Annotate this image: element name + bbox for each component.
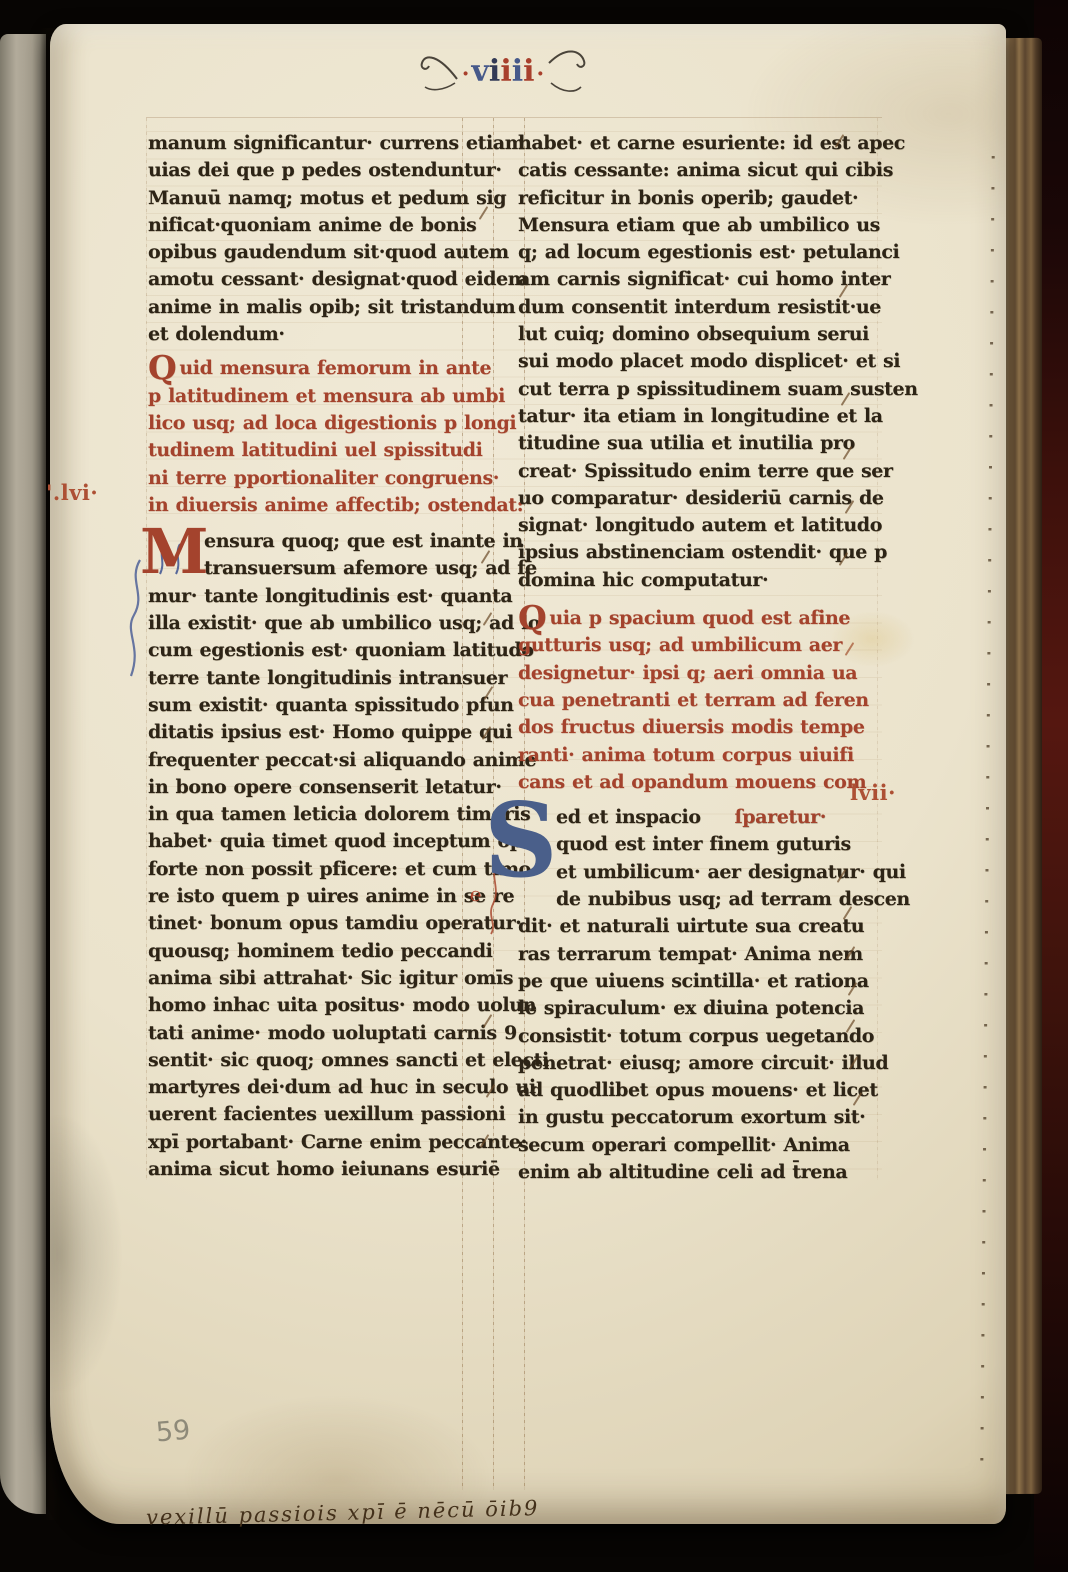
illuminated-initial-M: M <box>140 522 209 582</box>
text-line: ipsius abstinenciam ostendit· que p <box>518 539 878 566</box>
text-line: creat· Spissitudo enim terre que ser <box>518 458 878 485</box>
text-line: catis cessante: anima sicut qui cibis <box>518 157 878 184</box>
header-dot: · <box>537 61 545 87</box>
text-line: manum significantur· currens etiam <box>148 130 492 157</box>
text-line: anime in malis opib; sit tristandum <box>148 294 492 321</box>
text-line: habet· quia timet quod inceptum op9 <box>148 828 492 855</box>
text-line: cans et ad opandum mouens com <box>518 769 878 796</box>
text-line: gutturis usq; ad umbilicum aer <box>518 632 878 659</box>
text-line: in qua tamen leticia dolorem timoris <box>148 801 492 828</box>
text-line: ras terrarum tempat· Anima nem <box>518 941 878 968</box>
text-line: domina hic computatur· <box>518 567 878 594</box>
header-numeral: ·viiii· <box>408 44 598 98</box>
text-line: in bono opere consenserit letatur· <box>148 774 492 801</box>
text-line: le spiraculum· ex diuina potencia <box>518 995 878 1022</box>
ruling-line <box>146 117 882 118</box>
text-line: et dolendum· <box>148 321 492 348</box>
text-line: ad quodlibet opus mouens· et licet <box>518 1077 878 1104</box>
header-letter: i <box>500 54 511 89</box>
header-letter: v <box>471 54 488 89</box>
text-line: re isto quem p uires anime in se re <box>148 883 492 910</box>
text-line: lico usq; ad loca digestionis p longi <box>148 410 492 437</box>
text-line: cum egestionis est· quoniam latitudo <box>148 637 492 664</box>
header-flourish-left <box>419 49 459 93</box>
text-line: Manuū namq; motus et pedum sig <box>148 185 492 212</box>
text-line: enim ab altitudine celi ad t̄rena <box>518 1159 878 1186</box>
text-section: Quid mensura femorum in antep latitudine… <box>148 355 492 519</box>
text-line: ranti· anima totum corpus uiuifi <box>518 742 878 769</box>
text-column-right: habet· et carne esuriente: id est apecca… <box>518 130 878 1186</box>
text-line: penetrat· eiusq; amore circuit· illud <box>518 1050 878 1077</box>
illuminated-initial-Q: Q <box>518 613 546 623</box>
text-line: illa existit· que ab umbilico usq; ad lo <box>148 610 492 637</box>
text-line: Mensura etiam que ab umbilico us <box>518 212 878 239</box>
margin-note-lvi: '.lvi· <box>46 480 98 505</box>
header-dot: · <box>462 61 470 87</box>
text-line: consistit· totum corpus uegetando <box>518 1023 878 1050</box>
text-line: tinet· bonum opus tamdiu operatur· <box>148 910 492 937</box>
text-line: pe que uiuens scintilla· et rationa <box>518 968 878 995</box>
text-line: et umbilicum· aer designatur· qui <box>518 859 878 886</box>
text-line: ni terre pportionaliter congruens· <box>148 465 492 492</box>
text-line: lut cuiq; domino obsequium serui <box>518 321 878 348</box>
text-section: habet· et carne esuriente: id est apecca… <box>518 130 878 594</box>
text-line: uerent facientes uexillum passioni <box>148 1101 492 1128</box>
text-line: ed et inspacioſparetur· <box>518 804 878 831</box>
illuminated-initial-S: S <box>484 792 558 890</box>
header-letters: ·viiii· <box>460 54 546 89</box>
text-line: quod est inter finem guturis <box>518 831 878 858</box>
folio-number: 59 <box>155 1415 192 1449</box>
text-line: Quia p spacium quod est afine <box>518 605 878 632</box>
text-line: quousq; hominem tedio peccandi <box>148 938 492 965</box>
text-line: signat· longitudo autem et latitudo <box>518 512 878 539</box>
text-line: martyres dei·dum ad huc in seculo ui <box>148 1074 492 1101</box>
text-line: dit· et naturali uirtute sua creatu <box>518 913 878 940</box>
text-line: sui modo placet modo displicet· et si <box>518 348 878 375</box>
text-line: homo inhac uita positus· modo uolun <box>148 992 492 1019</box>
manuscript-photo: ·viiii· manum significantur· currens eti… <box>0 0 1068 1572</box>
text-line: ditatis ipsius est· Homo quippe qui <box>148 719 492 746</box>
header-letter: i <box>523 54 534 89</box>
margin-note-lvii: lvii· <box>850 780 896 805</box>
text-line: forte non possit pficere: et cum timo <box>148 856 492 883</box>
text-line: terre tante longitudinis intransuer <box>148 665 492 692</box>
text-line: nificat·quoniam anime de bonis <box>148 212 492 239</box>
page-edge-stack <box>1002 38 1042 1494</box>
text-line: p latitudinem et mensura ab umbi <box>148 383 492 410</box>
text-line: opibus gaudendum sit·quod autem <box>148 239 492 266</box>
text-line: habet· et carne esuriente: id est apec <box>518 130 878 157</box>
text-line: anima sibi attrahat· Sic igitur omīs <box>148 965 492 992</box>
text-line: cut terra p spissitudinem suam susten <box>518 376 878 403</box>
text-line: sum existit· quanta spissitudo pfun <box>148 692 492 719</box>
text-line: in gustu peccatorum exortum sit· <box>518 1104 878 1131</box>
text-section: Sed et inspacioſparetur·quod est inter f… <box>518 804 878 1186</box>
text-line: am carnis significat· cui homo inter <box>518 266 878 293</box>
text-line: reficitur in bonis operib; gaudet· <box>518 185 878 212</box>
text-line: titudine sua utilia et inutilia pro <box>518 430 878 457</box>
text-column-left: manum significantur· currens etiamuias d… <box>148 130 492 1183</box>
text-line: tudinem latitudini uel spissitudi <box>148 437 492 464</box>
text-line: frequenter peccat·si aliquando anime <box>148 747 492 774</box>
header-letter: i <box>512 54 523 89</box>
text-line: Quid mensura femorum in ante <box>148 355 492 382</box>
text-line: xpī portabant· Carne enim peccante· <box>148 1129 492 1156</box>
text-section: manum significantur· currens etiamuias d… <box>148 130 492 348</box>
text-line: dos fructus diuersis modis tempe <box>518 714 878 741</box>
text-line: uias dei que p pedes ostenduntur· <box>148 157 492 184</box>
rubric-inline-heading: ſparetur· <box>735 804 826 831</box>
header-letter: i <box>489 54 500 89</box>
text-line: q; ad locum egestionis est· petulanci <box>518 239 878 266</box>
header-flourish-right <box>547 49 587 93</box>
text-line: tatur· ita etiam in longitudine et la <box>518 403 878 430</box>
illuminated-initial-Q: Q <box>148 363 176 373</box>
text-line: cua penetranti et terram ad feren <box>518 687 878 714</box>
text-section: Mensura quoq; que est inante intransuers… <box>148 528 492 1183</box>
text-line: designetur· ipsi q; aeri omnia ua <box>518 660 878 687</box>
text-line: amotu cessant· designat·quod eidem <box>148 266 492 293</box>
text-line: dum consentit interdum resistit·ue <box>518 294 878 321</box>
text-section: Quia p spacium quod est afinegutturis us… <box>518 605 878 796</box>
text-line: tati anime· modo uoluptati carnis 9 <box>148 1020 492 1047</box>
text-line: secum operari compellit· Anima <box>518 1132 878 1159</box>
text-line: uo comparatur· desideriū carnis de <box>518 485 878 512</box>
text-line: anima sicut homo ieiunans esuriē <box>148 1156 492 1183</box>
text-line: sentit· sic quoq; omnes sancti et electi <box>148 1047 492 1074</box>
text-line: de nubibus usq; ad terram descen <box>518 886 878 913</box>
text-run: ed et inspacio <box>556 804 701 831</box>
